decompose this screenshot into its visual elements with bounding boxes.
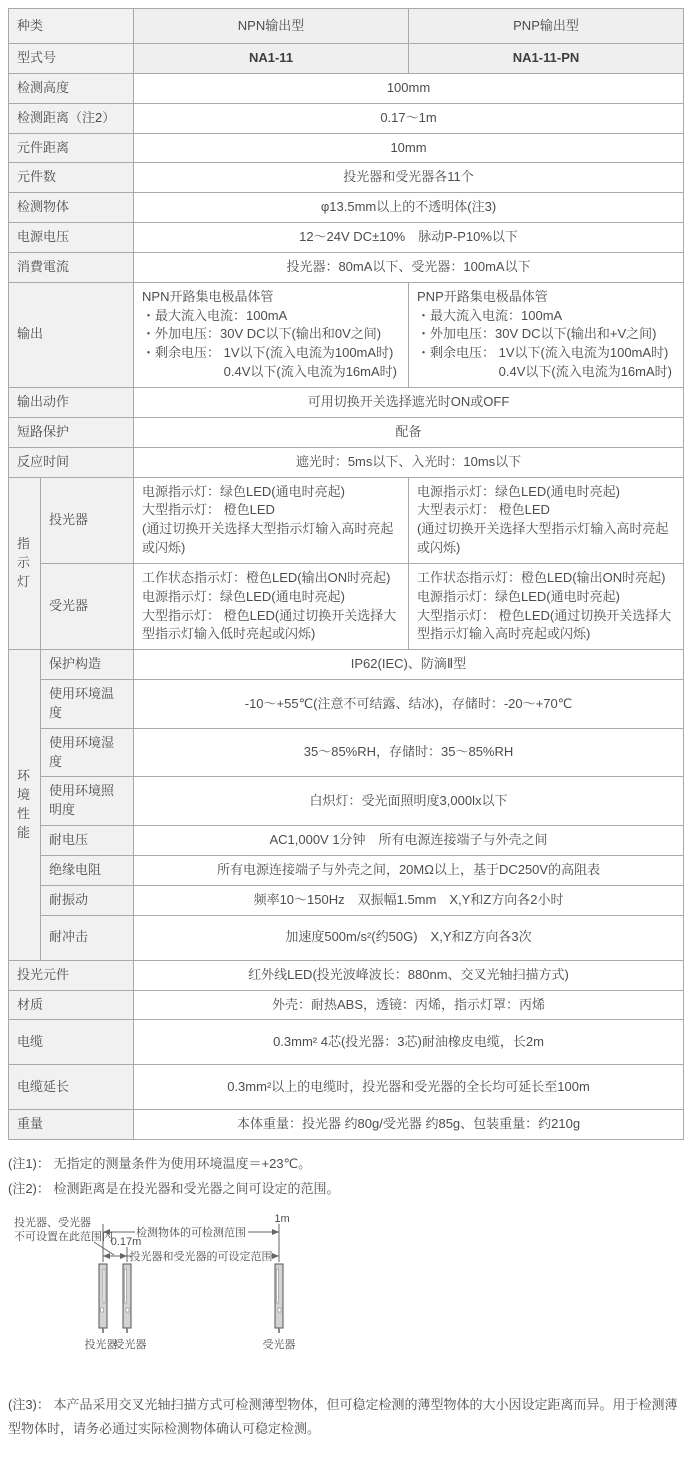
indicator-receiver-npn: 工作状态指示灯：橙色LED(输出ON时亮起) 电源指示灯：绿色LED(通电时亮起… [134,563,409,649]
model-pnp: NA1-11-PN [409,44,684,74]
row-label: 电缆延长 [9,1065,134,1110]
indicator-emitter-pnp: 电源指示灯：绿色LED(通电时亮起) 大型表示灯： 橙色LED (通过切换开关选… [409,477,684,563]
row-sublabel: 耐振动 [41,885,134,915]
row-label: 重量 [9,1110,134,1140]
row-label: 材质 [9,990,134,1020]
row-value: AC1,000V 1分钟 所有电源连接端子与外壳之间 [134,826,684,856]
row-label: 输出 [9,282,134,387]
spec-row-cable: 电缆 0.3mm² 4芯(投光器：3芯)耐油橡皮电缆，长2m [9,1020,684,1065]
diagram-detectable-range-label: 检测物体的可检测范围 [136,1225,246,1239]
spec-row-indicator-emitter: 指 示 灯 投光器 电源指示灯：绿色LED(通电时亮起) 大型指示灯： 橙色LE… [9,477,684,563]
spec-row-current: 消費電流 投光器：80mA以下、受光器：100mA以下 [9,252,684,282]
spec-row-height: 检测高度 100mm [9,73,684,103]
range-diagram: 投光器、受光器 不可设置在此范围内 检测物体的可检测范围 1m 0.17m 投光 [10,1212,683,1365]
row-label: 短路保护 [9,417,134,447]
row-value: 10mm [134,133,684,163]
row-value: 0.3mm² 4芯(投光器：3芯)耐油橡皮电缆，长2m [134,1020,684,1065]
row-value: 本体重量：投光器 约80g/受光器 约85g、包装重量：约210g [134,1110,684,1140]
arrowhead-icon [103,1253,110,1259]
row-value: 外壳：耐热ABS，透镜：丙烯，指示灯罩：丙烯 [134,990,684,1020]
row-value: 12～24V DC±10% 脉动P-P10%以下 [134,223,684,253]
row-sublabel: 耐冲击 [41,915,134,960]
row-value: 0.17～1m [134,103,684,133]
row-value: -10～+55℃(注意不可结露、结冰)，存储时：-20～+70℃ [134,680,684,729]
row-label: 反应时间 [9,447,134,477]
indicator-receiver-pnp: 工作状态指示灯：橙色LED(输出ON时亮起) 电源指示灯：绿色LED(通电时亮起… [409,563,684,649]
spec-row-material: 材质 外壳：耐热ABS，透镜：丙烯，指示灯罩：丙烯 [9,990,684,1020]
kind-pnp: PNP输出型 [409,9,684,44]
row-value: 投光器：80mA以下、受光器：100mA以下 [134,252,684,282]
output-npn: NPN开路集电极晶体管 ・最大流入电流：100mA ・外加电压：30V DC以下… [134,282,409,387]
page: 种类 NPN输出型 PNP输出型 型式号 NA1-11 NA1-11-PN 检测… [0,0,691,1471]
spec-row-output: 输出 NPN开路集电极晶体管 ・最大流入电流：100mA ・外加电压：30V D… [9,282,684,387]
arrowhead-icon [120,1253,127,1259]
note-3: (注3)： 本产品采用交叉光轴扫描方式可检测薄型物体，但可稳定检测的薄型物体的大… [8,1393,683,1442]
diagram-no-place-label-line1: 投光器、受光器 [14,1215,91,1229]
spec-row-pitch: 元件距离 10mm [9,133,684,163]
indicator-emitter-npn: 电源指示灯：绿色LED(通电时亮起) 大型指示灯： 橙色LED (通过切换开关选… [134,477,409,563]
row-value: 所有电源连接端子与外壳之间，20MΩ以上，基于DC250V的高阻表 [134,856,684,886]
diagram-017m-label: 0.17m [111,1236,142,1248]
row-value: 100mm [134,73,684,103]
spec-row-count: 元件数 投光器和受光器各11个 [9,163,684,193]
row-label: 种类 [9,9,134,44]
footnotes: (注1)： 无指定的测量条件为使用环境温度＝+23℃。 (注2)： 检测距离是在… [8,1152,683,1201]
note-1: (注1)： 无指定的测量条件为使用环境温度＝+23℃。 [8,1152,683,1177]
row-label: 输出动作 [9,387,134,417]
spec-row-indicator-receiver: 受光器 工作状态指示灯：橙色LED(输出ON时亮起) 电源指示灯：绿色LED(通… [9,563,684,649]
spec-row-voltage: 电源电压 12～24V DC±10% 脉动P-P10%以下 [9,223,684,253]
row-value: φ13.5mm以上的不透明体(注3) [134,193,684,223]
spec-row-kind: 种类 NPN输出型 PNP输出型 [9,9,684,44]
diagram-settable-range-label: 投光器和受光器的可设定范围 [130,1249,273,1263]
row-label: 电缆 [9,1020,134,1065]
emitter-bar [99,1264,107,1333]
note-2: (注2)： 检测距离是在投光器和受光器之间可设定的范围。 [8,1177,683,1202]
diagram-1m-label: 1m [274,1213,289,1225]
model-npn: NA1-11 [134,44,409,74]
diagram-receiver-right-label: 受光器 [263,1337,296,1351]
spec-row-action: 输出动作 可用切换开关选择遮光时ON或OFF [9,387,684,417]
environment-group-label: 环 境 性 能 [9,650,41,960]
row-sublabel: 投光器 [41,477,134,563]
indicator-group-label: 指 示 灯 [9,477,41,650]
range-diagram-svg: 投光器、受光器 不可设置在此范围内 检测物体的可检测范围 1m 0.17m 投光 [10,1212,350,1362]
arrowhead-icon [272,1253,279,1259]
row-value: 投光器和受光器各11个 [134,163,684,193]
row-sublabel: 受光器 [41,563,134,649]
spec-row-env-shock: 耐冲击 加速度500m/s²(约50G) X,Y和Z方向各3次 [9,915,684,960]
row-sublabel: 使用环境照明度 [41,777,134,826]
receiver-bar-near [123,1264,131,1333]
output-pnp: PNP开路集电极晶体管 ・最大流入电流：100mA ・外加电压：30V DC以下… [409,282,684,387]
spec-row-env-vibration: 耐振动 频率10～150Hz 双振幅1.5mm X,Y和Z方向各2小时 [9,885,684,915]
spec-row-env-humidity: 使用环境湿度 35～85%RH，存储时：35～85%RH [9,728,684,777]
diagram-receiver-label: 受光器 [114,1337,147,1351]
row-label: 消費電流 [9,252,134,282]
receiver-bar-far [275,1264,283,1333]
spec-row-response: 反应时间 遮光时：5ms以下、入光时：10ms以下 [9,447,684,477]
row-value: 配备 [134,417,684,447]
row-value: 白炽灯：受光面照明度3,000lx以下 [134,777,684,826]
spec-row-short-protect: 短路保护 配备 [9,417,684,447]
spec-row-env-protection: 环 境 性 能 保护构造 IP62(IEC)、防滴Ⅱ型 [9,650,684,680]
row-value: 频率10～150Hz 双振幅1.5mm X,Y和Z方向各2小时 [134,885,684,915]
row-value: 0.3mm²以上的电缆时，投光器和受光器的全长均可延长至100m [134,1065,684,1110]
row-value: 加速度500m/s²(约50G) X,Y和Z方向各3次 [134,915,684,960]
row-label: 检测高度 [9,73,134,103]
diagram-no-place-label-line2: 不可设置在此范围内 [14,1229,113,1243]
spec-table: 种类 NPN输出型 PNP输出型 型式号 NA1-11 NA1-11-PN 检测… [8,8,684,1140]
spec-row-object: 检测物体 φ13.5mm以上的不透明体(注3) [9,193,684,223]
row-label: 元件距离 [9,133,134,163]
row-value: 红外线LED(投光波峰波长：880nm、交叉光轴扫描方式) [134,960,684,990]
row-value: 35～85%RH，存储时：35～85%RH [134,728,684,777]
spec-row-env-withstand-voltage: 耐电压 AC1,000V 1分钟 所有电源连接端子与外壳之间 [9,826,684,856]
row-value: IP62(IEC)、防滴Ⅱ型 [134,650,684,680]
spec-row-weight: 重量 本体重量：投光器 约80g/受光器 约85g、包装重量：约210g [9,1110,684,1140]
spec-row-env-temperature: 使用环境温度 -10～+55℃(注意不可结露、结冰)，存储时：-20～+70℃ [9,680,684,729]
row-label: 型式号 [9,44,134,74]
spec-row-emitting-element: 投光元件 红外线LED(投光波峰波长：880nm、交叉光轴扫描方式) [9,960,684,990]
row-sublabel: 保护构造 [41,650,134,680]
row-value: 可用切换开关选择遮光时ON或OFF [134,387,684,417]
spec-row-cable-extension: 电缆延长 0.3mm²以上的电缆时，投光器和受光器的全长均可延长至100m [9,1065,684,1110]
row-value: 遮光时：5ms以下、入光时：10ms以下 [134,447,684,477]
row-label: 投光元件 [9,960,134,990]
row-sublabel: 绝缘电阻 [41,856,134,886]
row-sublabel: 使用环境湿度 [41,728,134,777]
row-sublabel: 耐电压 [41,826,134,856]
spec-row-model: 型式号 NA1-11 NA1-11-PN [9,44,684,74]
arrowhead-icon [272,1229,279,1235]
row-label: 检测距离（注2） [9,103,134,133]
spec-row-env-insulation: 绝缘电阻 所有电源连接端子与外壳之间，20MΩ以上，基于DC250V的高阻表 [9,856,684,886]
row-label: 电源电压 [9,223,134,253]
row-label: 元件数 [9,163,134,193]
kind-npn: NPN输出型 [134,9,409,44]
spec-row-range: 检测距离（注2） 0.17～1m [9,103,684,133]
row-sublabel: 使用环境温度 [41,680,134,729]
spec-row-env-illumination: 使用环境照明度 白炽灯：受光面照明度3,000lx以下 [9,777,684,826]
row-label: 检测物体 [9,193,134,223]
